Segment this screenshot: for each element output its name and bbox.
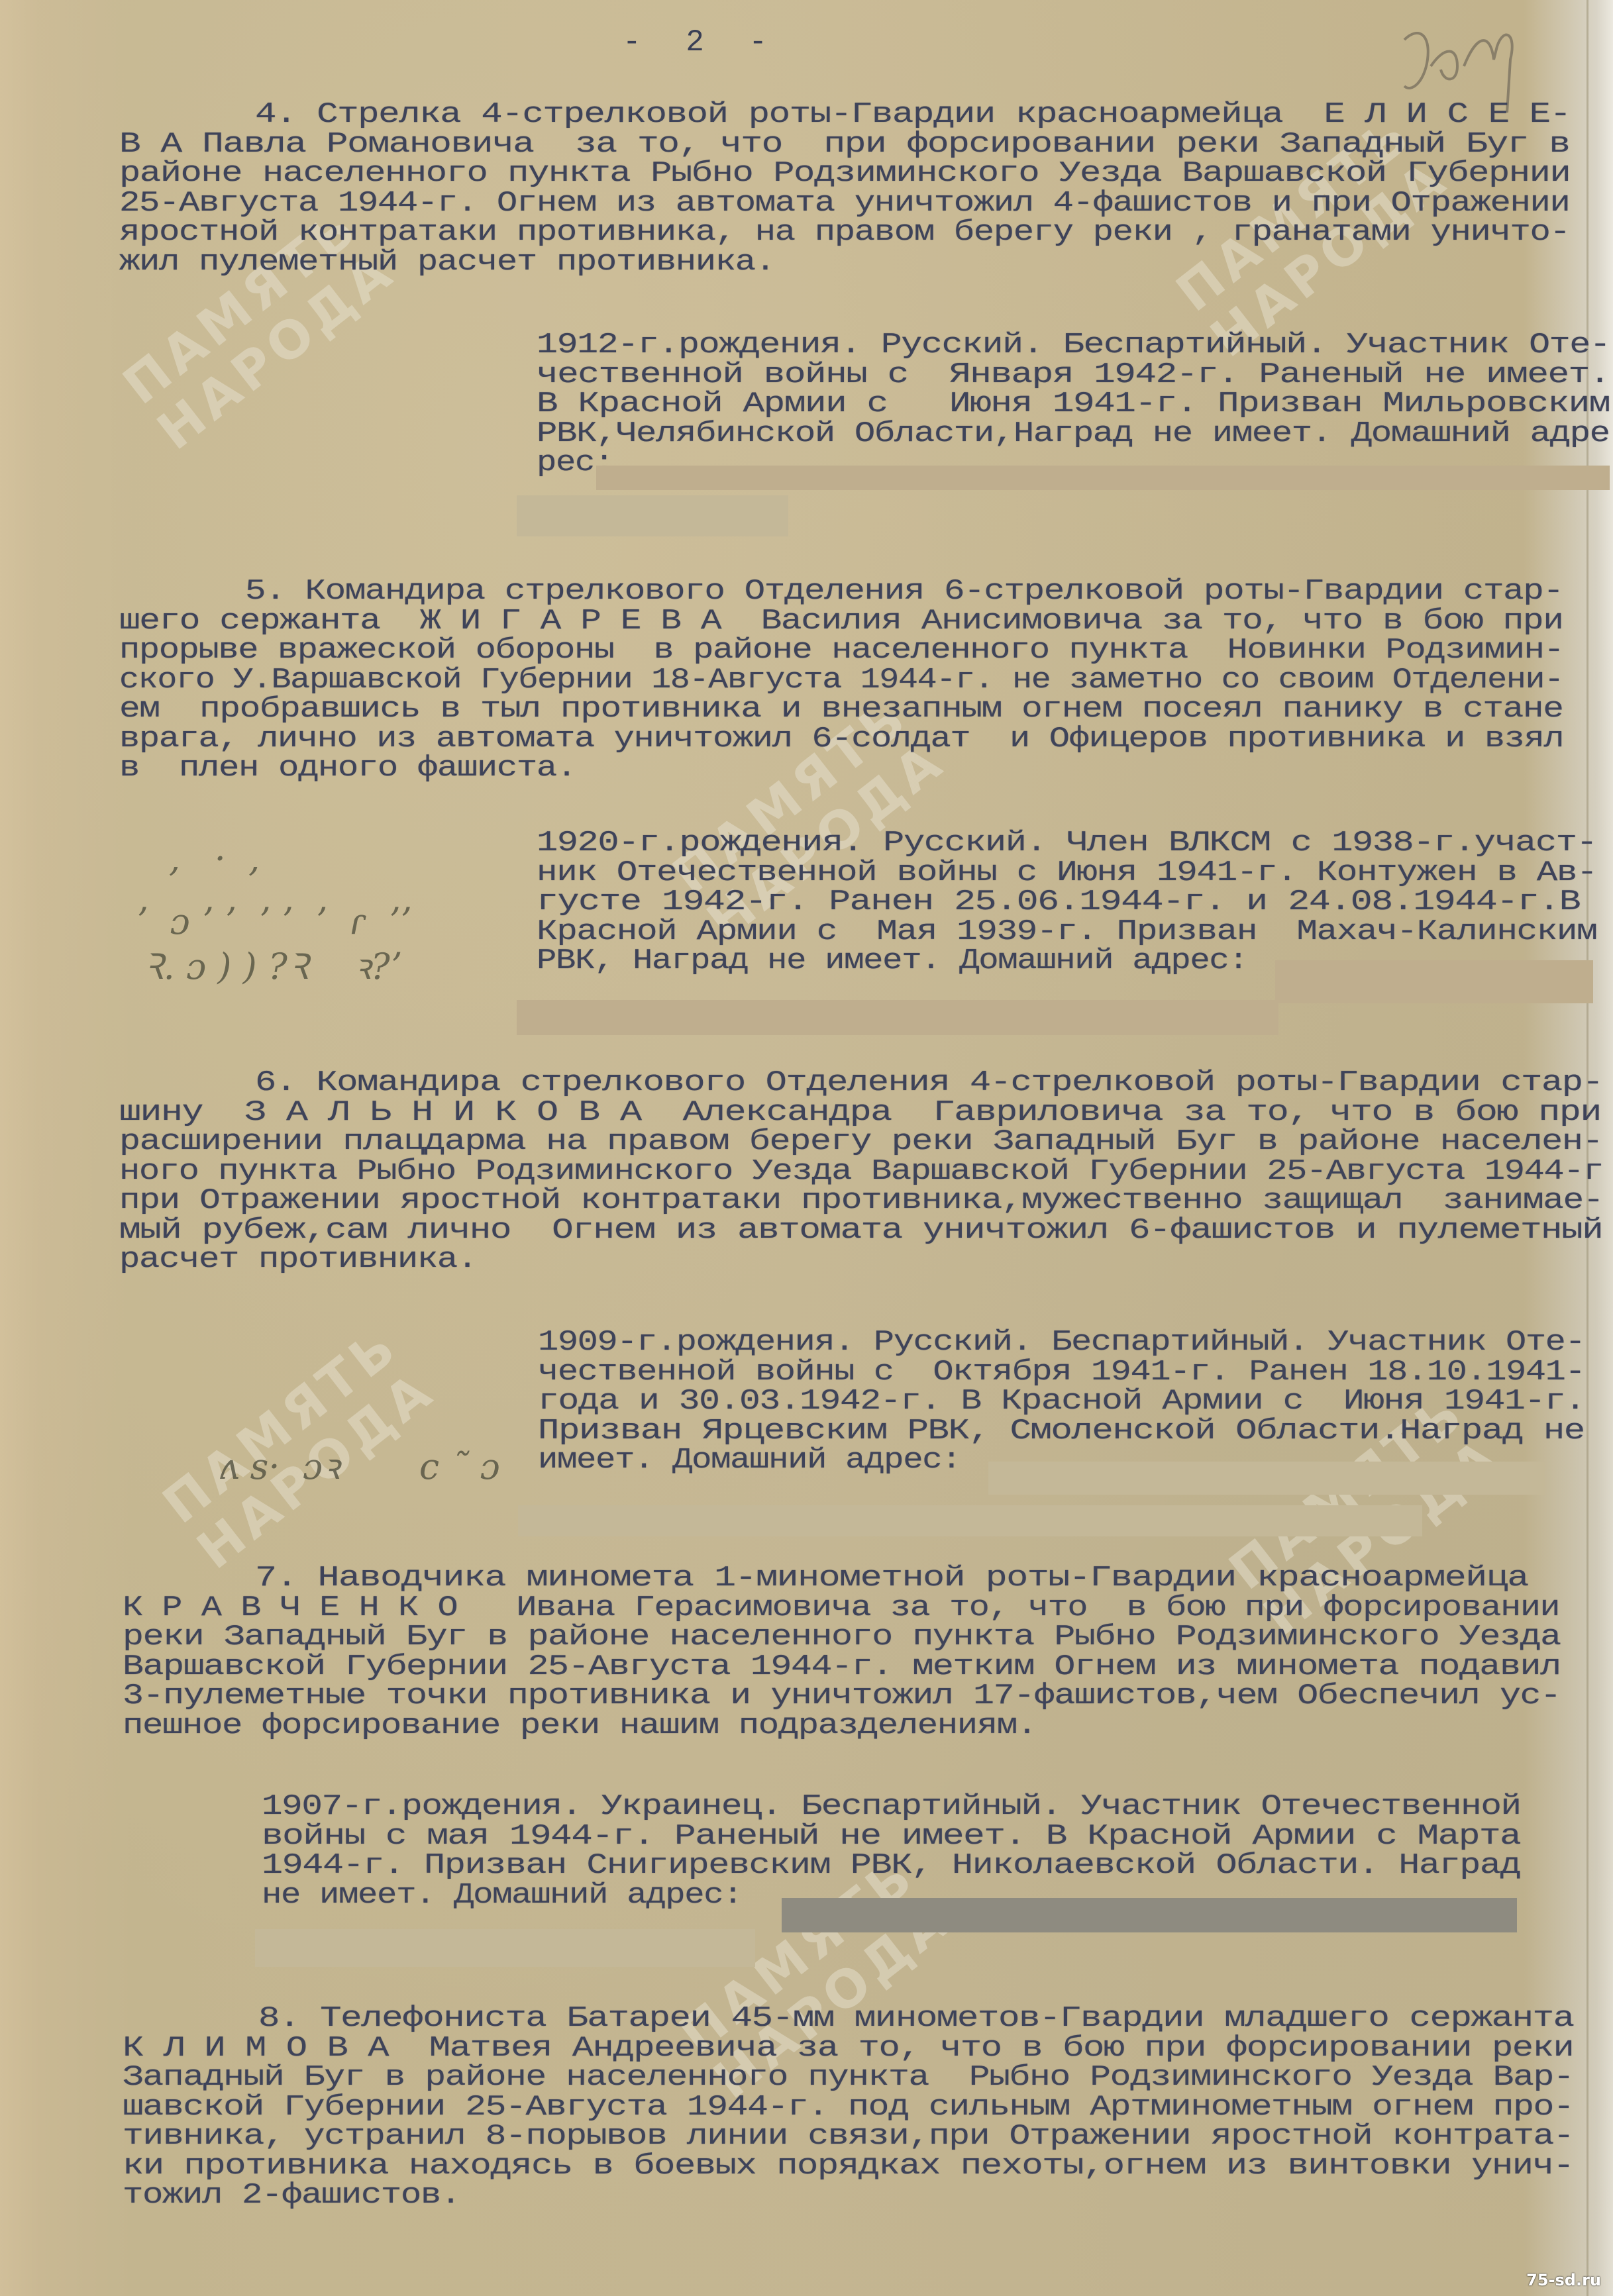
biography-line: В Красной Армии с Июня 1941-г. Призван М…	[537, 389, 1610, 419]
citation-line: шину З А Л Ь Н И К О В А Александра Гавр…	[119, 1097, 1601, 1128]
citation-line: тожил 2-фашистов.	[123, 2180, 460, 2211]
citation-line: ного пункта Рыбно Родзиминского Уезда Ва…	[119, 1156, 1603, 1187]
biography-line: Призван Ярцевским РВК, Смоленской Област…	[538, 1416, 1585, 1446]
biography-line: года и 30.03.1942-г. В Красной Армии с И…	[538, 1386, 1585, 1417]
citation-line: шего сержанта Ж И Г А Р Е В А Василия Ан…	[119, 606, 1563, 636]
biography-line: не имеет. Домашний адрес:	[262, 1880, 742, 1911]
page-header: - 2 -	[623, 25, 780, 60]
biography-line: чественной войны с Октября 1941-г. Ранен…	[538, 1357, 1585, 1387]
citation-line: реки Западный Буг в районе населенного п…	[123, 1622, 1561, 1652]
biography-line: 1944-г. Призван Снигиревским РВК, Никола…	[262, 1850, 1520, 1881]
margin-handwritten-note: ʼ ɔ ʼ ʼ ʼ ʼ ʼ ɾ ʼʼ	[136, 901, 411, 942]
redacted-address	[596, 466, 1610, 490]
citation-line: Варшавской Губернии 25-Августа 1944-г. м…	[123, 1652, 1561, 1682]
biography-line: 1920-г.рождения. Русский. Член ВЛКСМ с 1…	[537, 828, 1596, 858]
citation-line: Западный Буг в районе населенного пункта…	[123, 2062, 1573, 2093]
citation-line: расчет противника.	[119, 1244, 477, 1275]
redacted-address	[988, 1462, 1545, 1495]
citation-line: шавской Губернии 25-Августа 1944-г. под …	[123, 2092, 1573, 2122]
biography-line: войны с мая 1944-г. Раненый не имеет. В …	[262, 1821, 1520, 1852]
redacted-address	[517, 495, 788, 536]
citation-line: К Л И М О В А Матвея Андреевича за то, ч…	[123, 2033, 1573, 2064]
biography-line: РВК,Челябинской Области,Наград не имеет.…	[537, 419, 1610, 449]
citation-line: 8. Телефониста Батареи 45-мм минометов-Г…	[258, 2003, 1574, 2034]
citation-line: в плен одного фашиста.	[119, 753, 576, 783]
citation-line: 5. Командира стрелкового Отделения 6-стр…	[245, 576, 1563, 607]
citation-line: пешное форсирование реки нашим подраздел…	[123, 1711, 1037, 1741]
redacted-address	[517, 1000, 1278, 1035]
citation-line: жил пулеметный расчет противника.	[119, 247, 775, 277]
redacted-address	[782, 1898, 1517, 1932]
citation-line: районе населенного пункта Рыбно Родзимин…	[119, 158, 1570, 189]
citation-line: при Отражении яростной контратаки против…	[119, 1185, 1603, 1216]
citation-line: 4. Стрелка 4-стрелковой роты-Гвардии кра…	[255, 99, 1571, 130]
biography-line: имеет. Домашний адрес:	[538, 1445, 961, 1475]
biography-line: 1909-г.рождения. Русский. Беспартийный. …	[538, 1327, 1585, 1358]
margin-handwritten-note: Ꝛ. ɔ ) ) ?Ꝛ ꝛ?ʼ	[142, 940, 401, 989]
citation-line: 25-Августа 1944-г. Огнем из автомата уни…	[119, 188, 1570, 219]
citation-line: 7. Наводчика миномета 1-минометной роты-…	[255, 1563, 1528, 1593]
biography-line: густе 1942-г. Ранен 25.06.1944-г. и 24.0…	[537, 887, 1580, 917]
margin-handwritten-note: , · ,	[169, 838, 260, 879]
citation-line: ского У.Варшавской Губернии 18-Августа 1…	[119, 665, 1563, 695]
redacted-address	[518, 1505, 1422, 1536]
site-watermark: 75-sd.ru	[1526, 2271, 1601, 2289]
citation-line: врага, лично из автомата уничтожил 6-сол…	[119, 724, 1563, 754]
biography-line: 1912-г.рождения. Русский. Беспартийный. …	[537, 330, 1610, 360]
citation-line: мый рубеж,сам лично Огнем из автомата ун…	[119, 1215, 1602, 1246]
citation-line: прорыве вражеской обороны в районе насел…	[119, 635, 1563, 666]
biography-line: ник Отечественной войны с Июня 1941-г. К…	[537, 858, 1596, 888]
biography-line: чественной войны с Января 1942-г. Ранены…	[537, 360, 1610, 390]
citation-line: 6. Командира стрелкового Отделения 4-стр…	[255, 1068, 1602, 1098]
citation-line: В А Павла Романовича за то, что при форс…	[119, 129, 1570, 160]
citation-line: расширении плацдарма на правом берегу ре…	[119, 1126, 1602, 1157]
redacted-address	[1275, 960, 1593, 1003]
biography-line: 1907-г.рождения. Украинец. Беспартийный.…	[262, 1791, 1521, 1822]
citation-line: ки противника находясь в боевых порядках…	[123, 2151, 1573, 2181]
citation-line: 3-пулеметные точки противника и уничтожи…	[123, 1681, 1561, 1711]
citation-line: ем пробравшись в тыл противника и внезап…	[119, 694, 1563, 724]
biography-line: Красной Армии с Мая 1939-г. Призван Маха…	[537, 917, 1596, 947]
redacted-address	[255, 1929, 755, 1967]
biography-line: РВК, Наград не имеет. Домашний адрес:	[537, 946, 1247, 976]
margin-handwritten-note: ʌ s· ɔꝛ c ˜ ɔ	[219, 1440, 500, 1489]
citation-line: яростной контратаки противника, на право…	[119, 217, 1570, 248]
citation-line: тивника, устранил 8-порывов линии связи,…	[123, 2121, 1573, 2152]
citation-line: К Р А В Ч Е Н К О Ивана Герасимовича за …	[123, 1593, 1559, 1623]
